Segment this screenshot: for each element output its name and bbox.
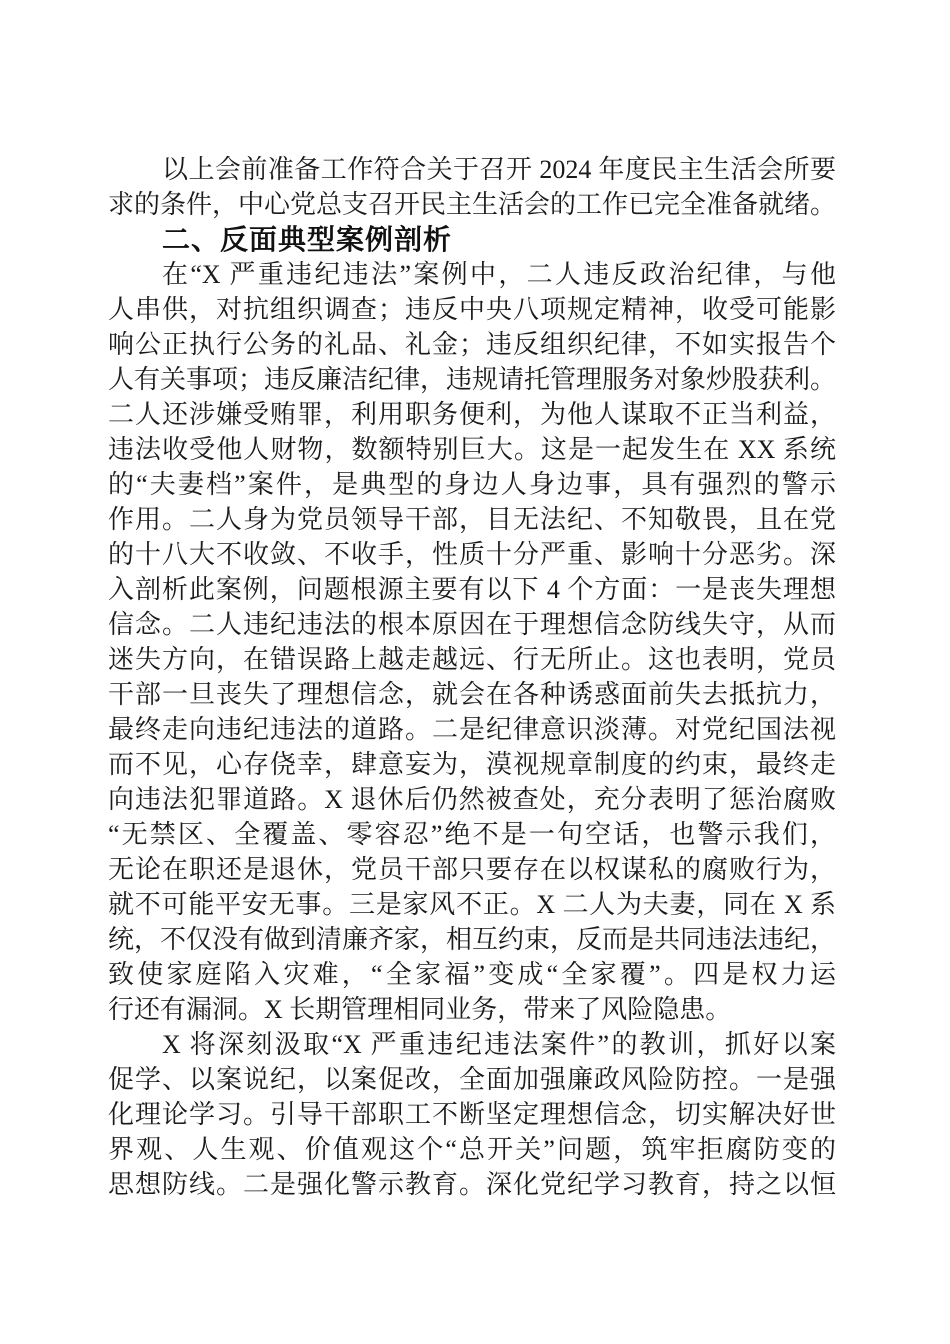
text-line: 在“X 严重违纪违法”案例中，二人违反政治纪律，与他 [108, 257, 836, 292]
text-line: 迷失方向，在错误路上越走越远、行无所止。这也表明，党员 [108, 642, 836, 677]
text-line: 信念。二人违纪违法的根本原因在于理想信念防线失守，从而 [108, 607, 836, 642]
text-line: 人有关事项；违反廉洁纪律，违规请托管理服务对象炒股获利。 [108, 362, 836, 397]
document-body: 以上会前准备工作符合关于召开 2024 年度民主生活会所要求的条件，中心党总支召… [108, 152, 836, 1202]
text-line: 违法收受他人财物，数额特别巨大。这是一起发生在 XX 系统 [108, 432, 836, 467]
text-line: 以上会前准备工作符合关于召开 2024 年度民主生活会所要 [108, 152, 836, 187]
text-line: 向违法犯罪道路。X 退休后仍然被查处，充分表明了惩治腐败 [108, 782, 836, 817]
heading-section-two: 二、反面典型案例剖析 [108, 222, 836, 257]
text-line: 无论在职还是退休，党员干部只要存在以权谋私的腐败行为， [108, 852, 836, 887]
text-line: 化理论学习。引导干部职工不断坚定理想信念，切实解决好世 [108, 1097, 836, 1132]
heading-line: 二、反面典型案例剖析 [108, 222, 836, 257]
text-line: 行还有漏洞。X 长期管理相同业务，带来了风险隐患。 [108, 992, 836, 1027]
text-line: 二人还涉嫌受贿罪，利用职务便利，为他人谋取不正当利益， [108, 397, 836, 432]
text-line: 作用。二人身为党员领导干部，目无法纪、不知敬畏，且在党 [108, 502, 836, 537]
text-line: 干部一旦丧失了理想信念，就会在各种诱惑面前失去抵抗力， [108, 677, 836, 712]
document-page: 以上会前准备工作符合关于召开 2024 年度民主生活会所要求的条件，中心党总支召… [0, 0, 950, 1344]
text-line: 界观、人生观、价值观这个“总开关”问题，筑牢拒腐防变的 [108, 1132, 836, 1167]
text-line: 促学、以案说纪，以案促改，全面加强廉政风险防控。一是强 [108, 1062, 836, 1097]
text-line: “无禁区、全覆盖、零容忍”绝不是一句空话，也警示我们， [108, 817, 836, 852]
text-line: 思想防线。二是强化警示教育。深化党纪学习教育，持之以恒 [108, 1167, 836, 1202]
text-line: 最终走向违纪违法的道路。二是纪律意识淡薄。对党纪国法视 [108, 712, 836, 747]
text-line: X 将深刻汲取“X 严重违纪违法案件”的教训，抓好以案 [108, 1027, 836, 1062]
text-line: 致使家庭陷入灾难，“全家福”变成“全家覆”。四是权力运 [108, 957, 836, 992]
text-line: 响公正执行公务的礼品、礼金；违反组织纪律，不如实报告个 [108, 327, 836, 362]
para-lessons-measures: X 将深刻汲取“X 严重违纪违法案件”的教训，抓好以案促学、以案说纪，以案促改，… [108, 1027, 836, 1202]
text-line: 求的条件，中心党总支召开民主生活会的工作已完全准备就绪。 [108, 187, 836, 222]
text-line: 人串供，对抗组织调查；违反中央八项规定精神，收受可能影 [108, 292, 836, 327]
text-line: 统，不仅没有做到清廉齐家，相互约束，反而是共同违法违纪， [108, 922, 836, 957]
para-meeting-preparation: 以上会前准备工作符合关于召开 2024 年度民主生活会所要求的条件，中心党总支召… [108, 152, 836, 222]
text-line: 的“夫妻档”案件，是典型的身边人身边事，具有强烈的警示 [108, 467, 836, 502]
text-line: 入剖析此案例，问题根源主要有以下 4 个方面：一是丧失理想 [108, 572, 836, 607]
text-line: 就不可能平安无事。三是家风不正。X 二人为夫妻，同在 X 系 [108, 887, 836, 922]
text-line: 的十八大不收敛、不收手，性质十分严重、影响十分恶劣。深 [108, 537, 836, 572]
text-line: 而不见，心存侥幸，肆意妄为，漠视规章制度的约束，最终走 [108, 747, 836, 782]
para-case-analysis: 在“X 严重违纪违法”案例中，二人违反政治纪律，与他人串供，对抗组织调查；违反中… [108, 257, 836, 1027]
